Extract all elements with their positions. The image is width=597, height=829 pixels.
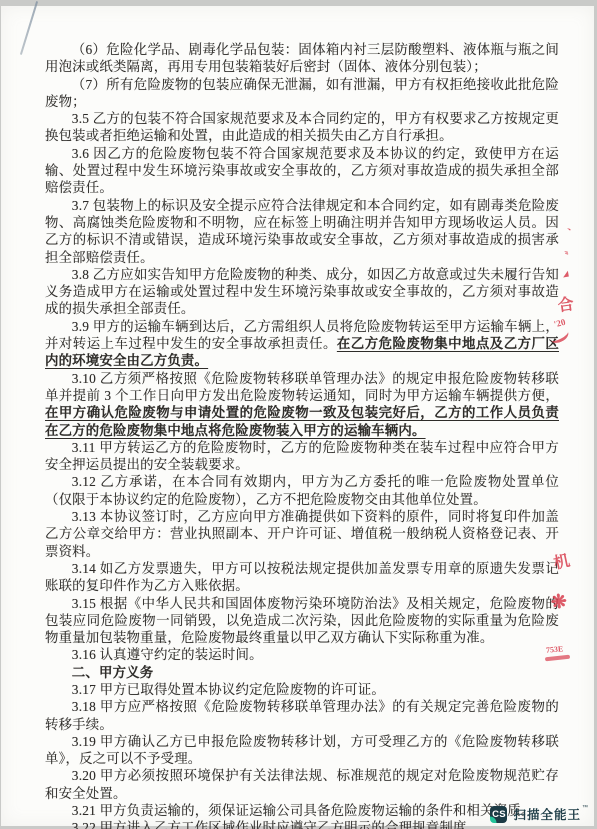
clause-text: 3.8 乙方应如实告知甲方危险废物的种类、成分，如因乙方故意或过失未履行告知义务… [45,267,559,317]
contract-clause: 3.12 乙方承诺，在本合同有效期内，甲方为乙方委托的唯一危险废物处置单位（仅限… [45,473,559,508]
contract-clause: 3.21 甲方负责运输的，须保证运输公司具备危险废物运输的条件和相关资质。 [45,802,559,819]
clause-text: 3.6 因乙方的危险废物包装不符合国家规范要求及本协议的约定，致使甲方在运输、处… [45,146,559,196]
clause-text: 3.7 包装物上的标识及安全提示应符合法律规定和本合同约定，如有剧毒类危险废物、… [45,198,559,265]
red-seal-fragment: '20 [553,318,566,330]
contract-clause: 3.11 甲方转运乙方的危险废物时，乙方的危险废物种类在装车过程中应符合甲方安全… [45,439,559,474]
clause-text: 3.10 乙方须严格按照《危险废物转移联单管理办法》的规定申报危险废物转移联单并… [45,371,559,403]
contract-clause: 3.15 根据《中华人民共和国固体废物污染环境防治法》及相关规定，危险废物的包装… [45,595,559,647]
clause-text: 3.19 甲方确认乙方已申报危险废物转移计划，方可受理乙方的《危险废物转移联单》… [45,734,559,766]
contract-clause: 3.6 因乙方的危险废物包装不符合国家规范要求及本协议的约定，致使甲方在运输、处… [45,145,559,197]
red-seal-fragment: 合 [557,297,575,315]
contract-clause: 3.14 如乙方发票遗失，甲方可以按税法规定提供加盖发票专用章的原遗失发票记账联… [45,560,559,595]
section-heading: 二、甲方义务 [45,664,559,681]
contract-clause: 3.9 甲方的运输车辆到达后，乙方需组织人员将危险废物转运至甲方运输车辆上，并对… [45,318,559,370]
clause-text: （6）危险化学品、剧毒化学品包装：固体箱内衬三层防酸塑料、液体瓶与瓶之间用泡沫或… [45,42,559,74]
trademark-mark: ™ [582,805,588,811]
clause-text: 3.15 根据《中华人民共和国固体废物污染环境防治法》及相关规定，危险废物的包装… [45,596,559,646]
clause-text: 3.20 甲方必须按照环境保护有关法律法规、标准规范的规定对危险废物规范贮存和安… [45,768,559,800]
clause-text: 3.5 乙方的包装不符合国家规范要求及本合同约定的，甲方有权要求乙方按规定更换包… [45,111,559,143]
camscanner-icon: CS [490,806,507,823]
contract-clause: 3.8 乙方应如实告知甲方危险废物的种类、成分，如因乙方故意或过失未履行告知义务… [45,266,559,318]
clause-text: 3.16 认真遵守约定的装运时间。 [72,647,263,662]
clause-text: 在甲方确认危险废物与申请处置的危险废物一致及包装完好后，乙方的工作人员负责在乙方… [45,405,559,437]
scanned-document: （6）危险化学品、剧毒化学品包装：固体箱内衬三层防酸塑料、液体瓶与瓶之间用泡沫或… [0,0,597,829]
camscanner-watermark: CS 扫描全能王 ™ [490,805,588,823]
red-seal-fragment: 〟 [563,245,575,257]
contract-clause: 3.22 甲方进入乙方工作区域作业时应遵守乙方明示的合理规章制度。 [45,819,559,829]
clause-text: 3.18 甲方应严格按照《危险废物转移联单管理办法》的有关规定完善危险废物的转移… [45,699,559,731]
red-seal-fragment: 753E [546,645,564,654]
clause-text: （7）所有危险废物的包装应确保无泄漏，如有泄漏，甲方有权拒绝接收此批危险废物； [45,77,559,109]
red-seal-fragment: ❋ [550,592,568,612]
clause-text: 3.13 本协议签订时，乙方应向甲方准确提供如下资料的原件，同时将复印件加盖乙方… [45,509,559,559]
contract-clause: 3.5 乙方的包装不符合国家规范要求及本合同约定的，甲方有权要求乙方按规定更换包… [45,110,559,145]
contract-clause: 3.13 本协议签订时，乙方应向甲方准确提供如下资料的原件，同时将复印件加盖乙方… [45,508,559,560]
contract-clause: 3.19 甲方确认乙方已申报危险废物转移计划，方可受理乙方的《危险废物转移联单》… [45,733,559,768]
contract-clause: （7）所有危险废物的包装应确保无泄漏，如有泄漏，甲方有权拒绝接收此批危险废物； [45,76,559,111]
corner-crease-mark [20,1,38,55]
contract-clause: （6）危险化学品、剧毒化学品包装：固体箱内衬三层防酸塑料、液体瓶与瓶之间用泡沫或… [45,41,559,76]
clause-text: 二、甲方义务 [72,665,154,680]
contract-clause: 3.17 甲方已取得处置本协议约定危险废物的许可证。 [45,681,559,698]
contract-clause: 3.16 认真遵守约定的装运时间。 [45,646,559,663]
contract-clause: 3.10 乙方须严格按照《危险废物转移联单管理办法》的规定申报危险废物转移联单并… [45,370,559,439]
clause-text: 3.11 甲方转运乙方的危险废物时，乙方的危险废物种类在装车过程中应符合甲方安全… [45,440,559,472]
red-seal-fragment: 、 [566,221,577,232]
red-seal-fragment: 机 [553,554,572,573]
contract-clause: 3.7 包装物上的标识及安全提示应符合法律规定和本合同约定，如有剧毒类危险废物、… [45,197,559,266]
clause-text: 3.12 乙方承诺，在本合同有效期内，甲方为乙方委托的唯一危险废物处置单位（仅限… [45,474,559,506]
clause-text: 3.22 甲方进入乙方工作区域作业时应遵守乙方明示的合理规章制度。 [72,820,480,829]
clause-text: 3.17 甲方已取得处置本协议约定危险废物的许可证。 [72,682,385,697]
camscanner-label: 扫描全能王 [513,805,581,823]
contract-clause: 3.18 甲方应严格按照《危险废物转移联单管理办法》的有关规定完善危险废物的转移… [45,698,559,733]
document-page: （6）危险化学品、剧毒化学品包装：固体箱内衬三层防酸塑料、液体瓶与瓶之间用泡沫或… [1,6,594,826]
clause-text: 3.14 如乙方发票遗失，甲方可以按税法规定提供加盖发票专用章的原遗失发票记账联… [45,561,559,593]
red-seal-fragment: ◢ [562,271,569,279]
contract-clause: 3.20 甲方必须按照环境保护有关法律法规、标准规范的规定对危险废物规范贮存和安… [45,767,559,802]
clause-text: 3.21 甲方负责运输的，须保证运输公司具备危险废物运输的条件和相关资质。 [72,803,535,818]
contract-text-body: （6）危险化学品、剧毒化学品包装：固体箱内衬三层防酸塑料、液体瓶与瓶之间用泡沫或… [45,41,559,829]
